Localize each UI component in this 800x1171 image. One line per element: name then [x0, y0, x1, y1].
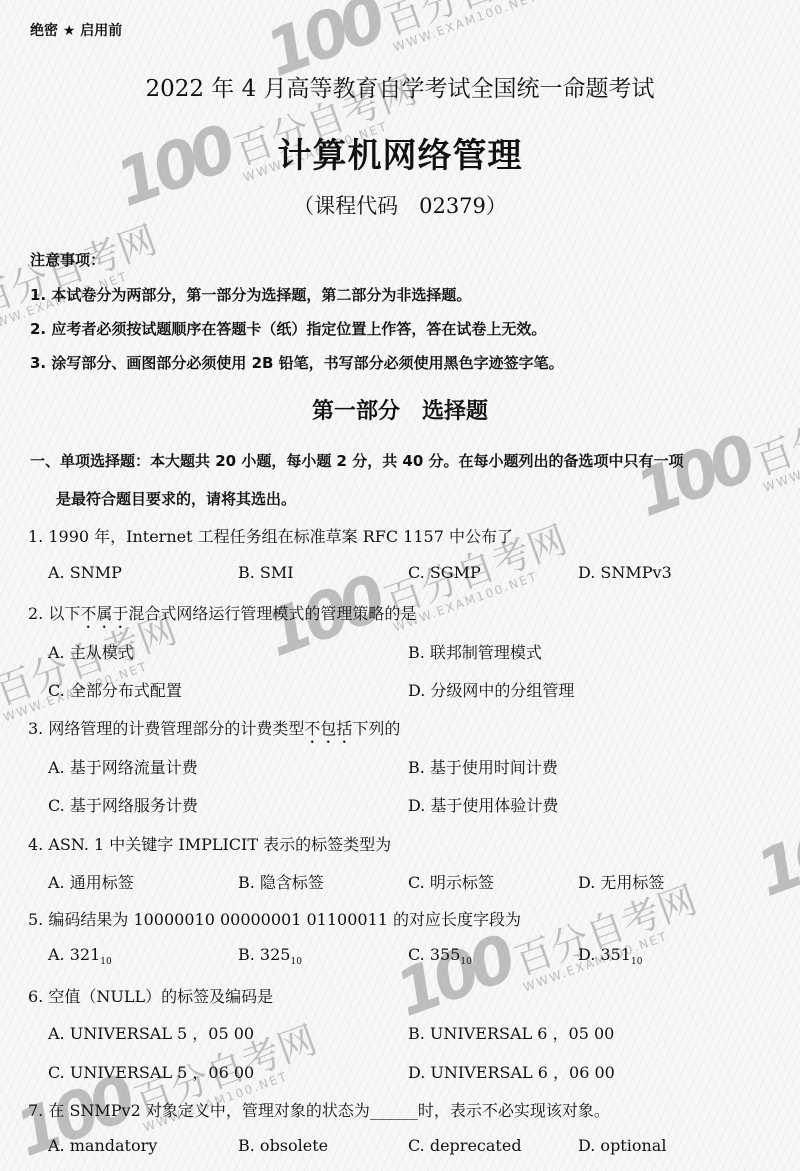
notice-heading: 注意事项： — [30, 249, 105, 270]
option: B. SMI — [238, 563, 294, 582]
option: C. 明示标签 — [408, 870, 494, 893]
option: C. SGMP — [408, 563, 481, 582]
exam-title: 2022 年 4 月高等教育自学考试全国统一命题考试 — [0, 70, 800, 103]
option: D. 35110 — [578, 945, 642, 967]
question-stem: 4. ASN. 1 中关键字 IMPLICIT 表示的标签类型为 — [28, 832, 391, 855]
question-stem: 6. 空值（NULL）的标签及编码是 — [28, 984, 273, 1007]
notice-item: 3. 涂写部分、画图部分必须使用 2B 铅笔，书写部分必须使用黑色字迹签字笔。 — [30, 352, 564, 373]
exam-page: 100百分自考网 WWW.EXAM100.NET 100百分自考网 WWW.EX… — [0, 0, 800, 1171]
option: A. UNIVERSAL 5 ，05 00 — [48, 1021, 254, 1044]
option: C. deprecated — [408, 1136, 522, 1155]
option: A. 基于网络流量计费 — [48, 755, 198, 778]
option: B. 联邦制管理模式 — [408, 640, 542, 663]
emphasis-text: 不属于 — [80, 604, 128, 623]
watermark: 100 — [747, 803, 800, 912]
notice-item: 2. 应考者必须按试题顺序在答题卡（纸）指定位置上作答，答在试卷上无效。 — [30, 318, 546, 339]
option: B. obsolete — [238, 1136, 328, 1155]
option: B. 基于使用时间计费 — [408, 755, 558, 778]
subject-title: 计算机网络管理 — [0, 128, 800, 177]
question-stem: 2. 以下不属于混合式网络运行管理模式的管理策略的是 — [28, 601, 416, 632]
secret-mark: 绝密 ★ 启用前 — [30, 20, 122, 40]
course-code: （课程代码 02379） — [0, 190, 800, 220]
option: A. SNMP — [48, 563, 122, 582]
option: B. UNIVERSAL 6 ，05 00 — [408, 1021, 614, 1044]
question-stem: 1. 1990 年，Internet 工程任务组在标准草案 RFC 1157 中… — [28, 524, 513, 547]
emphasis-text: 不包括 — [304, 719, 352, 738]
part-title: 第一部分 选择题 — [0, 394, 800, 425]
option: A. 通用标签 — [48, 870, 134, 893]
option: B. 隐含标签 — [238, 870, 324, 893]
notice-item: 1. 本试卷分为两部分，第一部分为选择题，第二部分为非选择题。 — [30, 284, 471, 305]
question-stem: 3. 网络管理的计费管理部分的计费类型不包括下列的 — [28, 716, 400, 747]
option: C. UNIVERSAL 5 ，06 00 — [48, 1060, 254, 1083]
option: A. 32110 — [48, 945, 112, 967]
question-stem: 5. 编码结果为 10000010 00000001 01100011 的对应长… — [28, 907, 521, 930]
option: D. optional — [578, 1136, 666, 1155]
question-stem: 7. 在 SNMPv2 对象定义中，管理对象的状态为______时，表示不必实现… — [28, 1098, 610, 1121]
option: A. 主从模式 — [48, 640, 134, 663]
option: C. 基于网络服务计费 — [48, 793, 198, 816]
option: D. UNIVERSAL 6 ，06 00 — [408, 1060, 615, 1083]
option: D. 分级网中的分组管理 — [408, 678, 574, 701]
option: C. 35510 — [408, 945, 472, 967]
option: B. 32510 — [238, 945, 302, 967]
option: C. 全部分布式配置 — [48, 678, 182, 701]
option: D. SNMPv3 — [578, 563, 672, 582]
watermark: 100百分自考网 WWW.EXAM100.NET — [627, 356, 800, 536]
option: A. mandatory — [48, 1136, 157, 1155]
option: D. 基于使用体验计费 — [408, 793, 558, 816]
section-instruction-cont: 是最符合题目要求的，请将其选出。 — [56, 488, 296, 509]
section-instruction: 一、单项选择题：本大题共 20 小题，每小题 2 分，共 40 分。在每小题列出… — [30, 450, 684, 471]
option: D. 无用标签 — [578, 870, 664, 893]
